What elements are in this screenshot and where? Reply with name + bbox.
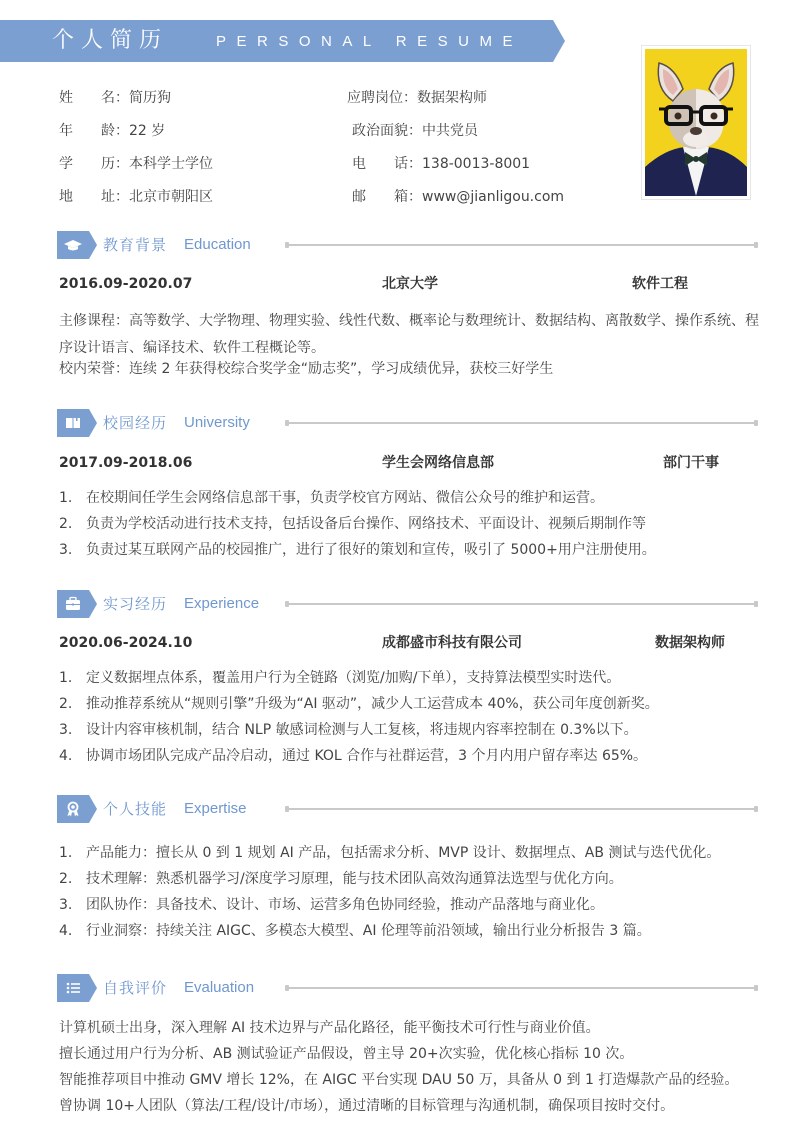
briefcase-icon	[63, 596, 83, 612]
experience-company: 成都盛市科技有限公司	[382, 633, 522, 653]
education-courses: 主修课程：高等数学、大学物理、物理实验、线性代数、概率论与数理统计、数据结构、离…	[59, 308, 759, 362]
education-period: 2016.09-2020.07	[59, 274, 192, 294]
section-title-cn: 实习经历	[103, 593, 167, 615]
section-title-cn: 教育背景	[103, 234, 167, 256]
info-value: 中共党员	[422, 123, 478, 139]
list-item: 3.团队协作：具备技术、设计、市场、运营多角色协同经验，推动产品落地与商业化。	[59, 895, 604, 915]
education-honors: 校内荣誉：连续 2 年获得校综合奖学金“励志奖”，学习成绩优异，获校三好学生	[59, 356, 759, 383]
info-political: 政治面貌：中共党员	[352, 121, 478, 141]
banner-title-en: PERSONAL RESUME	[216, 32, 523, 52]
section-header-experience: 实习经历 Experience	[57, 590, 757, 618]
section-title-cn: 校园经历	[103, 412, 167, 434]
info-value: www@jianligou.com	[422, 189, 564, 205]
section-title-cn: 个人技能	[103, 798, 167, 820]
list-item: 1.在校期间任学生会网络信息部干事，负责学校官方网站、微信公众号的维护和运营。	[59, 488, 604, 508]
info-age: 年 龄：22 岁	[59, 121, 165, 141]
info-value: 138-0013-8001	[422, 156, 530, 172]
education-school: 北京大学	[382, 274, 438, 294]
info-address: 地 址：北京市朝阳区	[59, 187, 213, 207]
graduation-cap-icon	[63, 237, 83, 253]
evaluation-line: 擅长通过用户行为分析、AB 测试验证产品假设，曾主导 20+次实验，优化核心指标…	[59, 1044, 633, 1064]
section-divider	[286, 244, 757, 246]
section-title-en: University	[184, 412, 250, 434]
list-item: 4.协调市场团队完成产品冷启动，通过 KOL 合作与社群运营，3 个月内用户留存…	[59, 746, 647, 766]
info-phone: 电 话：138-0013-8001	[352, 154, 530, 174]
info-value: 本科学士学位	[129, 156, 213, 172]
experience-role: 数据架构师	[655, 633, 725, 653]
award-icon	[63, 801, 83, 817]
info-value: 简历狗	[129, 90, 171, 106]
list-item: 4.行业洞察：持续关注 AIGC、多模态大模型、AI 伦理等前沿领域，输出行业分…	[59, 921, 651, 941]
info-value: 22 岁	[129, 123, 165, 139]
education-major: 软件工程	[632, 274, 688, 294]
section-title-en: Education	[184, 234, 251, 256]
section-header-university: 校园经历 University	[57, 409, 757, 437]
info-value: 数据架构师	[417, 90, 487, 106]
section-header-education: 教育背景 Education	[57, 231, 757, 259]
university-period: 2017.09-2018.06	[59, 453, 192, 473]
university-org: 学生会网络信息部	[382, 453, 494, 473]
section-title-en: Evaluation	[184, 977, 254, 999]
list-item: 1.产品能力：擅长从 0 到 1 规划 AI 产品，包括需求分析、MVP 设计、…	[59, 843, 720, 863]
list-item: 2.技术理解：熟悉机器学习/深度学习原理，能与技术团队高效沟通算法选型与优化方向…	[59, 869, 623, 889]
banner-title-cn: 个人简历	[52, 26, 168, 56]
info-position: 应聘岗位：数据架构师	[347, 88, 487, 108]
list-icon	[63, 980, 83, 996]
resume-banner: 个人简历 PERSONAL RESUME	[0, 20, 565, 62]
book-icon	[63, 415, 83, 431]
evaluation-line: 曾协调 10+人团队（算法/工程/设计/市场），通过清晰的目标管理与沟通机制，确…	[59, 1096, 674, 1116]
evaluation-line: 计算机硕士出身，深入理解 AI 技术边界与产品化路径，能平衡技术可行性与商业价值…	[59, 1018, 600, 1038]
section-title-cn: 自我评价	[103, 977, 167, 999]
list-item: 2.推动推荐系统从“规则引擎”升级为“AI 驱动”，减少人工运营成本 40%，获…	[59, 694, 659, 714]
list-item: 3.负责过某互联网产品的校园推广，进行了很好的策划和宣传，吸引了 5000+用户…	[59, 540, 656, 560]
section-title-en: Expertise	[184, 798, 247, 820]
section-header-expertise: 个人技能 Expertise	[57, 795, 757, 823]
section-title-en: Experience	[184, 593, 259, 615]
experience-period: 2020.06-2024.10	[59, 633, 192, 653]
university-role: 部门干事	[663, 453, 719, 473]
section-divider	[286, 603, 757, 605]
info-email: 邮 箱：www@jianligou.com	[352, 187, 564, 207]
list-item: 3.设计内容审核机制，结合 NLP 敏感词检测与人工复核，将违规内容率控制在 0…	[59, 720, 638, 740]
bulldog-avatar-image	[645, 49, 747, 196]
section-divider	[286, 987, 757, 989]
section-divider	[286, 808, 757, 810]
evaluation-line: 智能推荐项目中推动 GMV 增长 12%，在 AIGC 平台实现 DAU 50 …	[59, 1070, 738, 1090]
info-education: 学 历：本科学士学位	[59, 154, 213, 174]
section-header-evaluation: 自我评价 Evaluation	[57, 974, 757, 1002]
list-item: 1.定义数据埋点体系，覆盖用户行为全链路（浏览/加购/下单），支持算法模型实时迭…	[59, 668, 620, 688]
info-name: 姓 名：简历狗	[59, 88, 171, 108]
profile-photo	[641, 45, 751, 200]
section-divider	[286, 422, 757, 424]
info-value: 北京市朝阳区	[129, 189, 213, 205]
list-item: 2.负责为学校活动进行技术支持，包括设备后台操作、网络技术、平面设计、视频后期制…	[59, 514, 646, 534]
